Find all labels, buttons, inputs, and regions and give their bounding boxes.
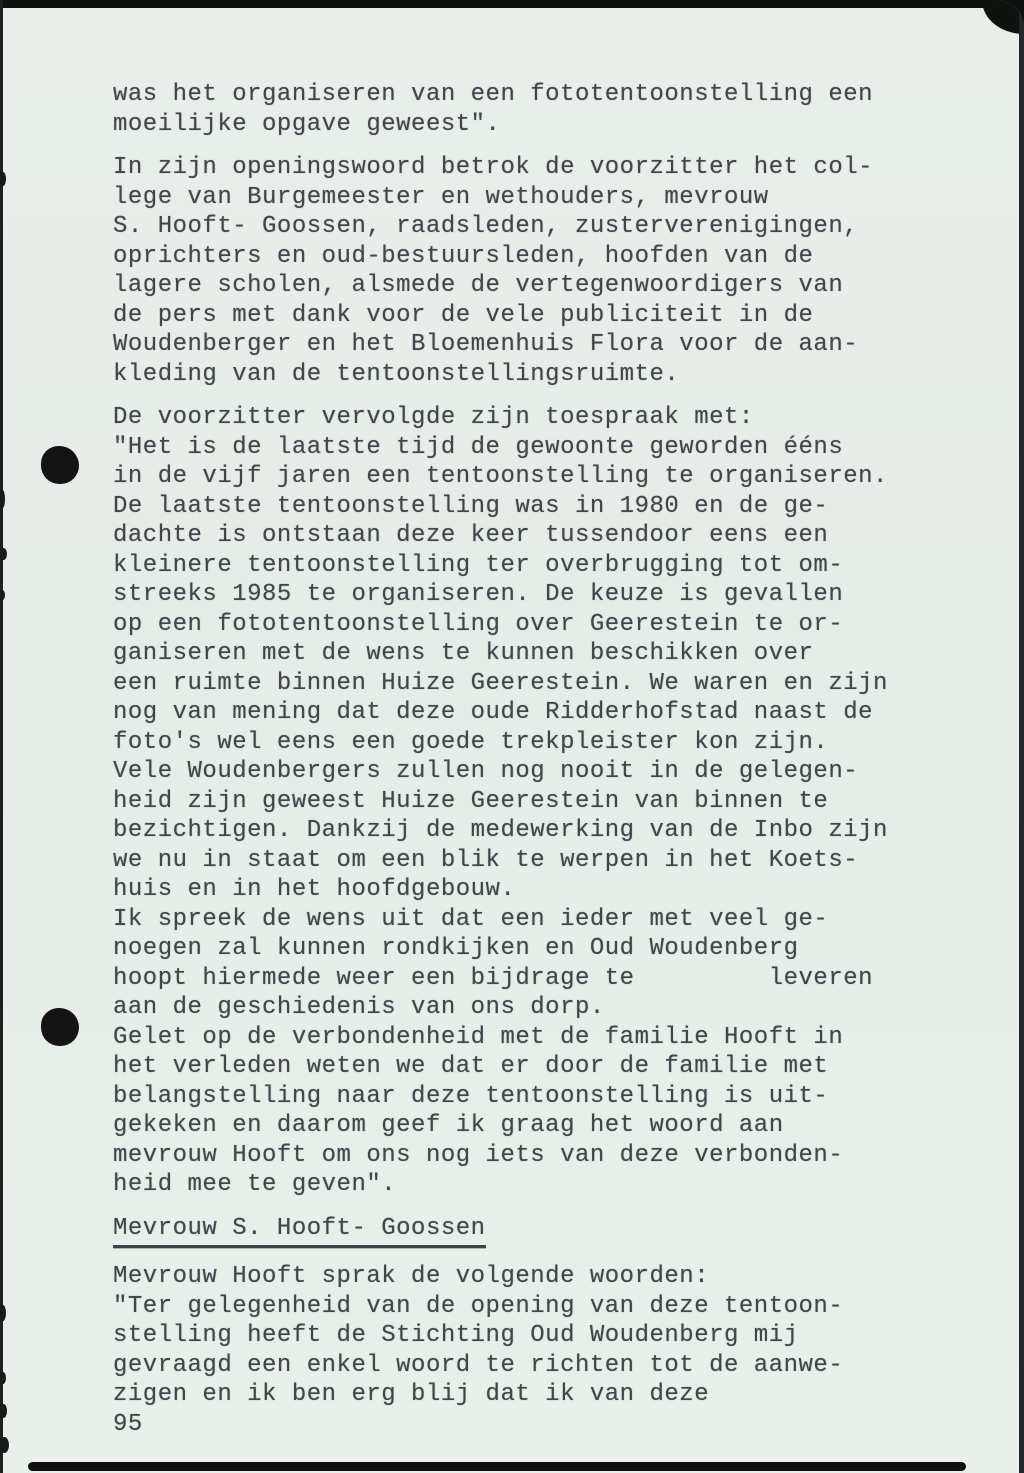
text-line: Mevrouw Hooft sprak de volgende woorden: (113, 1262, 953, 1292)
text-line: streeks 1985 te organiseren. De keuze is… (113, 580, 953, 610)
text-line: we nu in staat om een blik te werpen in … (113, 846, 953, 876)
text-line: kleding van de tentoonstellingsruimte. (113, 360, 953, 390)
scan-edge-left (0, 0, 3, 1473)
text-line: "Het is de laatste tijd de gewoonte gewo… (113, 433, 953, 463)
text-line: het verleden weten we dat er door de fam… (113, 1052, 953, 1082)
text-line: foto's wel eens een goede trekpleister k… (113, 728, 953, 758)
text-line: heid mee te geven". (113, 1170, 953, 1200)
text-line: De voorzitter vervolgde zijn toespraak m… (113, 403, 953, 433)
text-line: in de vijf jaren een tentoonstelling te … (113, 462, 953, 492)
scan-edge-top (0, 0, 1024, 8)
hole-punch-mark (41, 1008, 79, 1046)
text-line: heid zijn geweest Huize Geerestein van b… (113, 787, 953, 817)
paragraph: was het organiseren van een fototentoons… (113, 80, 953, 139)
text-line: nog van mening dat deze oude Ridderhofst… (113, 698, 953, 728)
text-line: noegen zal kunnen rondkijken en Oud Woud… (113, 934, 953, 964)
text-line: Ik spreek de wens uit dat een ieder met … (113, 905, 953, 935)
section-heading: Mevrouw S. Hooft- Goossen (113, 1214, 486, 1249)
paragraph: Mevrouw Hooft sprak de volgende woorden:… (113, 1262, 953, 1410)
text-line: Vele Woudenbergers zullen nog nooit in d… (113, 757, 953, 787)
text-line: De laatste tentoonstelling was in 1980 e… (113, 492, 953, 522)
text-line: op een fototentoonstelling over Geereste… (113, 610, 953, 640)
text-line: Woudenberger en het Bloemenhuis Flora vo… (113, 330, 953, 360)
text-line: mevrouw Hooft om ons nog iets van deze v… (113, 1141, 953, 1171)
text-line: ganiseren met de wens te kunnen beschikk… (113, 639, 953, 669)
document-body: was het organiseren van een fototentoons… (113, 80, 953, 1439)
section-heading-block: Mevrouw S. Hooft- Goossen (113, 1214, 953, 1249)
text-line: dachte is ontstaan deze keer tussendoor … (113, 521, 953, 551)
text-line: oprichters en oud-bestuursleden, hoofden… (113, 242, 953, 272)
scan-speck (0, 1404, 7, 1418)
text-line: kleinere tentoonstelling ter overbruggin… (113, 551, 953, 581)
text-line: Gelet op de verbondenheid met de familie… (113, 1023, 953, 1053)
text-line: In zijn openingswoord betrok de voorzitt… (113, 153, 953, 183)
text-line: een ruimte binnen Huize Geerestein. We w… (113, 669, 953, 699)
text-line: huis en in het hoofdgebouw. (113, 875, 953, 905)
scanned-page: was het organiseren van een fototentoons… (0, 0, 1024, 1473)
text-line: gevraagd een enkel woord te richten tot … (113, 1351, 953, 1381)
scan-speck (0, 1437, 9, 1453)
paragraph: De voorzitter vervolgde zijn toespraak m… (113, 403, 953, 1200)
paragraph: In zijn openingswoord betrok de voorzitt… (113, 153, 953, 389)
text-line: zigen en ik ben erg blij dat ik van deze (113, 1380, 953, 1410)
scan-speck (0, 590, 5, 600)
scan-edge-bottom (28, 1462, 966, 1471)
text-line: moeilijke opgave geweest". (113, 110, 953, 140)
text-line: de pers met dank voor de vele publicitei… (113, 301, 953, 331)
text-line: lagere scholen, alsmede de vertegenwoord… (113, 271, 953, 301)
scan-speck (0, 1372, 6, 1384)
scan-speck (0, 490, 5, 508)
hole-punch-mark (41, 446, 79, 484)
text-line: hoopt hiermede weer een bijdrage te leve… (113, 964, 953, 994)
scan-corner-top-right (982, 0, 1024, 34)
page-number: 95 (113, 1410, 953, 1440)
text-line: lege van Burgemeester en wethouders, mev… (113, 183, 953, 213)
text-line: was het organiseren van een fototentoons… (113, 80, 953, 110)
scan-speck (0, 172, 6, 186)
scan-speck (0, 548, 7, 560)
text-line: aan de geschiedenis van ons dorp. (113, 993, 953, 1023)
scan-edge-right (1019, 0, 1024, 1473)
text-line: "Ter gelegenheid van de opening van deze… (113, 1292, 953, 1322)
text-line: belangstelling naar deze tentoonstelling… (113, 1082, 953, 1112)
scan-speck (0, 1305, 6, 1321)
text-line: gekeken en daarom geef ik graag het woor… (113, 1111, 953, 1141)
text-line: S. Hooft- Goossen, raadsleden, zusterver… (113, 212, 953, 242)
text-line: bezichtigen. Dankzij de medewerking van … (113, 816, 953, 846)
text-line: stelling heeft de Stichting Oud Woudenbe… (113, 1321, 953, 1351)
